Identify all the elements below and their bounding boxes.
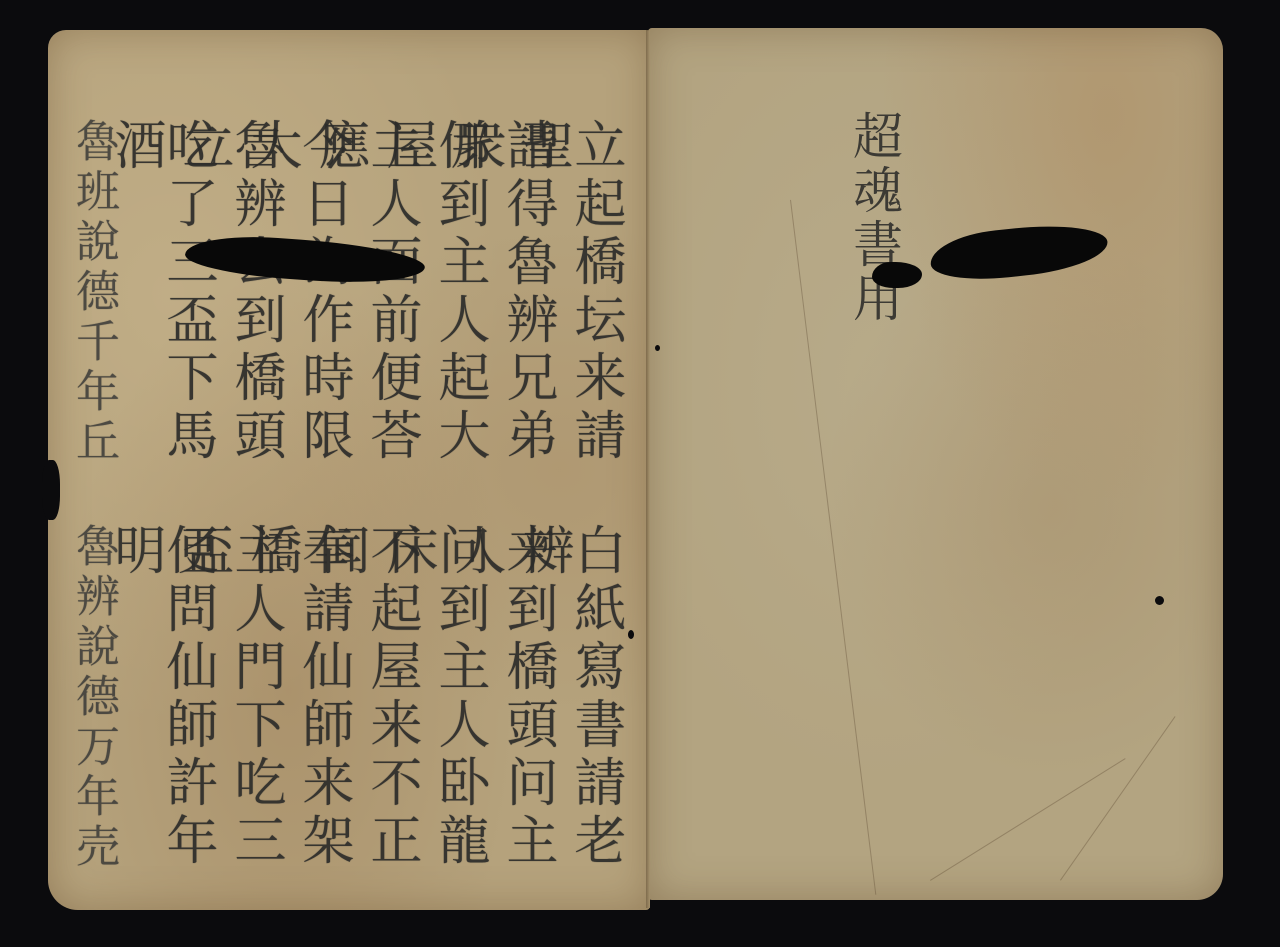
wormhole bbox=[1155, 596, 1164, 605]
text-column-8-margin: 魯班說德千年丘 魯辨說德万年売 bbox=[59, 118, 127, 908]
column-upper: 吃了三盃下馬酒 bbox=[109, 118, 213, 503]
column-upper: 魯班說德千年丘 bbox=[71, 118, 115, 503]
manuscript-spread: 立起橋坛来請聖 白紙寫書請老辨 請得魯辨兄弟衆 来到橋頭问主人 㑚到主人起大屋 … bbox=[0, 0, 1280, 947]
wormhole bbox=[42, 460, 60, 520]
wormhole bbox=[628, 630, 634, 639]
wormhole bbox=[655, 345, 660, 351]
column-lower: 便問仙師許年明 bbox=[109, 523, 213, 908]
column-lower: 魯辨說德万年売 bbox=[71, 523, 115, 908]
left-page-text: 立起橋坛来請聖 白紙寫書請老辨 請得魯辨兄弟衆 来到橋頭问主人 㑚到主人起大屋 … bbox=[55, 118, 603, 908]
text-column-7: 吃了三盃下馬酒 便問仙師許年明 bbox=[127, 118, 195, 908]
ink-blot bbox=[872, 262, 922, 288]
right-page-title: 超魂書用 bbox=[838, 110, 910, 326]
book-gutter bbox=[646, 30, 650, 908]
